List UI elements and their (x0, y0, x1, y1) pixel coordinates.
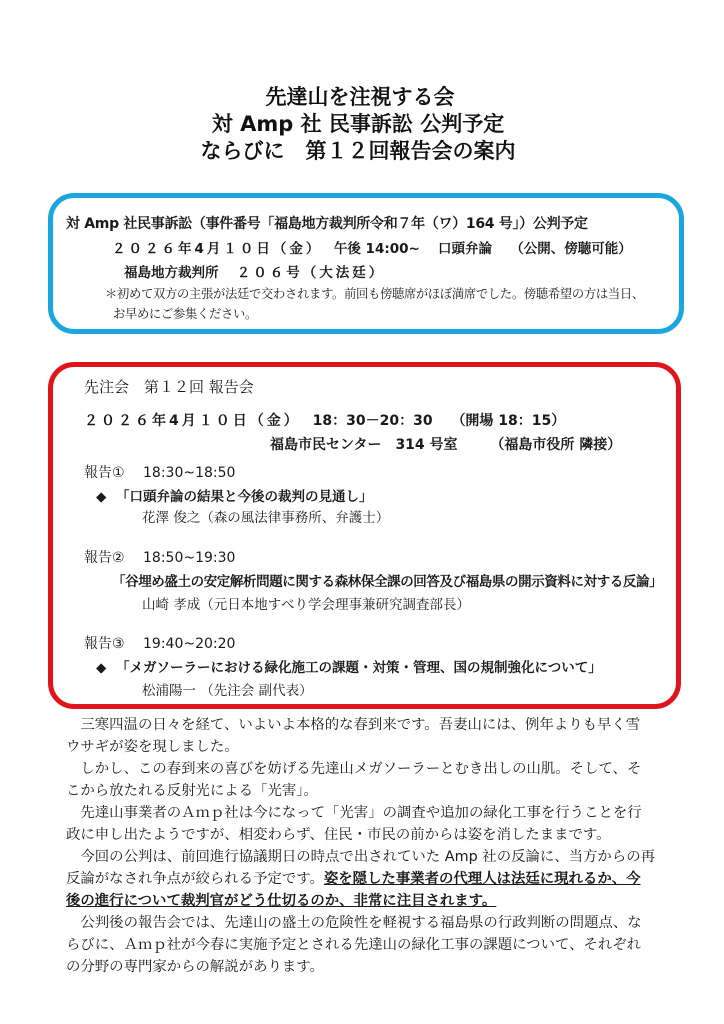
trial-note-line2: お早めにご参集ください。 (113, 304, 257, 322)
report-meeting-venue: 福島市民センター 314 号室 （福島市役所 隣接） (270, 434, 621, 454)
body-line: の分野の専門家からの解説があります。 (66, 956, 676, 978)
body-line: しかし、この春到来の喜びを妨げる先達山メガソーラーとむき出しの山肌。そして、そ (66, 758, 676, 780)
body-line: こから放たれる反射光による「光害」。 (66, 780, 676, 802)
report-1-title: 「口頭弁論の結果と今後の裁判の見通し」 (116, 489, 373, 505)
trial-time: 午後 14:00~ (334, 241, 420, 257)
body-paragraphs: 三寒四温の日々を経て、いよいよ本格的な春到来です。吾妻山には、例年よりも早く雪 … (66, 714, 676, 978)
body-line-emphasis: 後の進行について裁判官がどう仕切るのか、非常に注目されます。 (66, 890, 676, 912)
document-title-line2: 対 Amp 社 民事訴訟 公判予定 (0, 111, 720, 138)
report-3-title: 「メガソーラーにおける緑化施工の課題・対策・管理、国の規制強化について」 (116, 660, 602, 676)
report-meeting-time: 18：30－20：30 (313, 413, 433, 429)
trial-venue-court: 福島地方裁判所 (124, 265, 219, 281)
report-meeting-heading: 先注会 第１２回 報告会 (84, 376, 254, 397)
report-meeting-date: ２０２６年4月１０日（金） (84, 413, 294, 429)
report-3-header: 報告③ 19:40~20:20 (84, 633, 235, 653)
trial-session: 口頭弁論 (438, 241, 492, 257)
diamond-bullet-icon: ◆ (96, 660, 116, 676)
body-line: 今回の公判は、前回進行協議期日の時点で出されていた Amp 社の反論に、当方から… (66, 846, 676, 868)
body-line: 三寒四温の日々を経て、いよいよ本格的な春到来です。吾妻山には、例年よりも早く雪 (66, 714, 676, 736)
trial-session-note: （公開、傍聴可能） (510, 241, 632, 257)
report-meeting-datetime: ２０２６年4月１０日（金） 18：30－20：30 （開場 18：15） (84, 410, 565, 430)
report-2-title: 「谷埋め盛土の安定解析問題に関する森林保全課の回答及び福島県の開示資料に対する反… (112, 570, 662, 590)
report-meeting-venue-note: （福島市役所 隣接） (490, 437, 621, 453)
report-1-time: 18:30~18:50 (143, 465, 235, 481)
trial-heading: 対 Amp 社民事訴訟（事件番号「福島地方裁判所令和７年（ワ）164 号」）公判… (66, 213, 588, 233)
report-3-title-row: ◆「メガソーラーにおける緑化施工の課題・対策・管理、国の規制強化について」 (96, 656, 602, 676)
trial-note-line1: ＊初めて双方の主張が法廷で交わされます。前回も傍聴席がほぼ満席でした。傍聴希望の… (105, 284, 644, 302)
report-2-header: 報告② 18:50~19:30 (84, 547, 235, 567)
trial-date: ２０２６年4月１０日（金） (112, 241, 316, 257)
body-line: 先達山事業者のＡｍｐ社は今になって「光害」の調査や追加の緑化工事を行うことを行 (66, 802, 676, 824)
report-3-label: 報告③ (84, 636, 125, 652)
report-3-speaker: 松浦陽一 （先注会 副代表） (142, 679, 313, 699)
trial-venue-room: ２０６号（大法廷） (237, 265, 386, 281)
report-1-speaker: 花澤 俊之（森の風法律事務所、弁護士） (142, 506, 389, 526)
body-line-emphasis: 反論がなされ争点が絞られる予定です。姿を隠した事業者の代理人は法廷に現れるか、今 (66, 868, 676, 890)
report-2-label: 報告② (84, 550, 125, 566)
body-line: らびに、Ａｍｐ社が今春に実施予定とされる先達山の緑化工事の課題について、それぞれ (66, 934, 676, 956)
body-line: 政に申し出たようですが、相変わらず、住民・市民の前からは姿を消したままです。 (66, 824, 676, 846)
diamond-bullet-icon: ◆ (96, 489, 116, 505)
trial-datetime: ２０２６年4月１０日（金） 午後 14:00~ 口頭弁論 （公開、傍聴可能） (112, 237, 632, 257)
report-1-header: 報告① 18:30~18:50 (84, 462, 235, 482)
report-2-speaker: 山崎 孝成（元日本地すべり学会理事兼研究調査部長） (142, 593, 470, 613)
report-2-time: 18:50~19:30 (143, 550, 235, 566)
body-line: 公判後の報告会では、先達山の盛土の危険性を軽視する福島県の行政判断の問題点、な (66, 912, 676, 934)
trial-venue: 福島地方裁判所 ２０６号（大法廷） (124, 261, 385, 281)
document-title-line1: 先達山を注視する会 (0, 84, 722, 111)
report-1-title-row: ◆「口頭弁論の結果と今後の裁判の見通し」 (96, 485, 373, 505)
document-title-line3: ならびに 第１２回報告会の案内 (0, 138, 720, 165)
report-3-time: 19:40~20:20 (143, 636, 235, 652)
body-text-plain: 反論がなされ争点が絞られる予定です。 (66, 871, 324, 887)
report-meeting-venue-name: 福島市民センター 314 号室 (270, 437, 458, 453)
body-text-emphasis: 姿を隠した事業者の代理人は法廷に現れるか、今 (324, 871, 641, 887)
report-1-label: 報告① (84, 465, 125, 481)
report-meeting-doors: （開場 18：15） (451, 413, 565, 429)
body-text-emphasis: 後の進行について裁判官がどう仕切るのか、非常に注目されます。 (66, 893, 496, 909)
body-line: ウサギが姿を現しました。 (66, 736, 676, 758)
